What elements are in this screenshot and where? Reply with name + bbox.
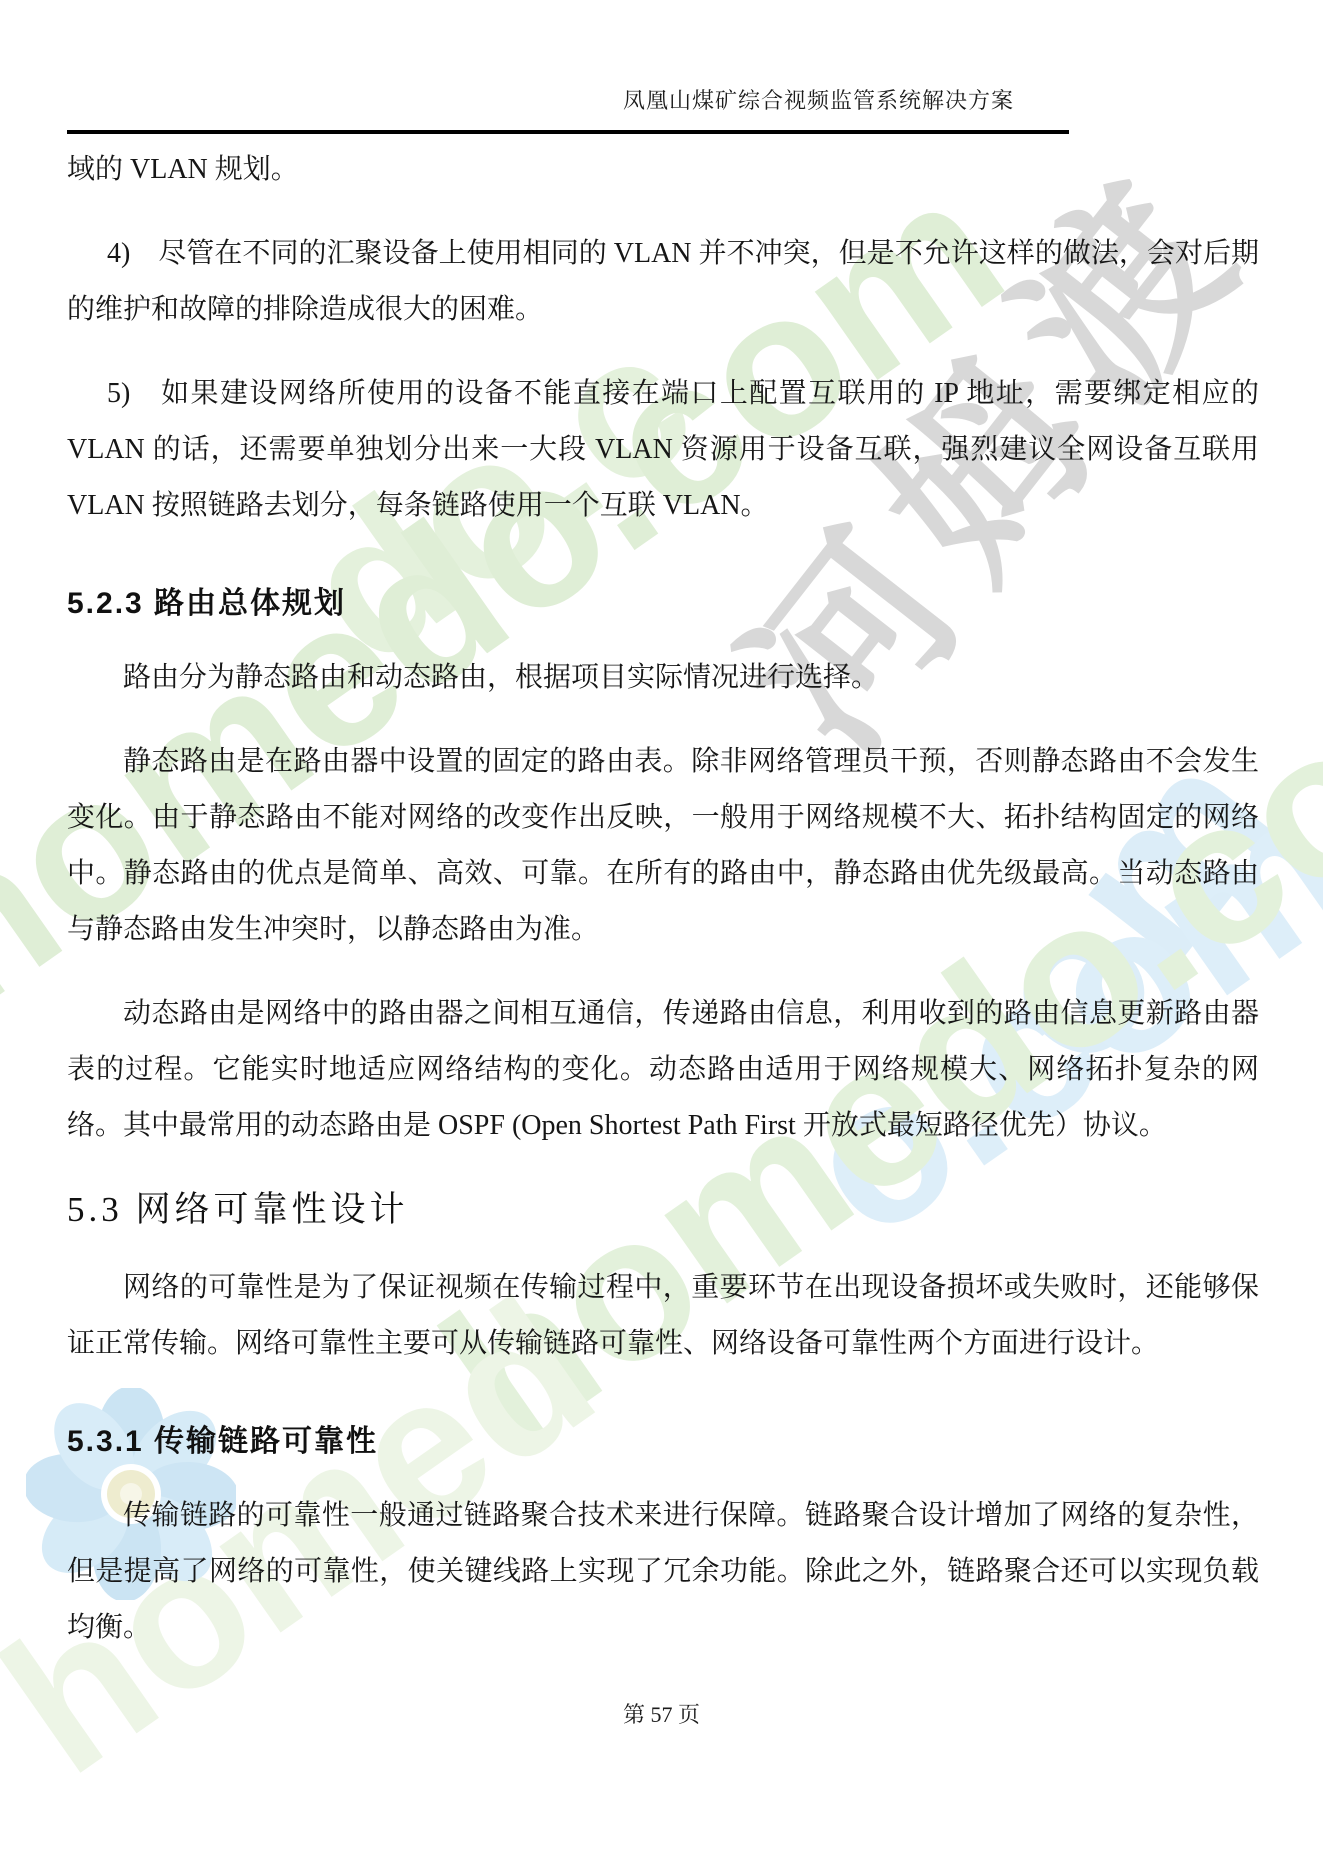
page-footer: 第 57 页 [0, 1698, 1323, 1729]
section-heading-5-2-3: 5.2.3 路由总体规划 [67, 578, 1259, 622]
section-heading-5-3-1: 5.3.1 传输链路可靠性 [67, 1416, 1259, 1460]
paragraph-dynamic-route: 动态路由是网络中的路由器之间相互通信，传递路由信息，利用收到的路由信息更新路由器… [67, 986, 1259, 1154]
header-rule: 凤凰山煤矿综合视频监管系统解决方案 [67, 84, 1069, 134]
section-heading-5-3: 5.3 网络可靠性设计 [67, 1182, 1259, 1232]
list-item-5: 5) 如果建设网络所使用的设备不能直接在端口上配置互联用的 IP 地址，需要绑定… [67, 366, 1259, 534]
paragraph-route-types: 路由分为静态路由和动态路由，根据项目实际情况进行选择。 [67, 650, 1259, 706]
page-number: 第 57 页 [623, 1702, 700, 1727]
paragraph-link-aggregation: 传输链路的可靠性一般通过链路聚合技术来进行保障。链路聚合设计增加了网络的复杂性，… [67, 1488, 1259, 1656]
document-page: 凤凰山煤矿综合视频监管系统解决方案 域的 VLAN 规划。 4) 尽管在不同的汇… [0, 0, 1323, 1656]
page-header: 凤凰山煤矿综合视频监管系统解决方案 [67, 0, 1259, 134]
paragraph-static-route: 静态路由是在路由器中设置的固定的路由表。除非网络管理员干预，否则静态路由不会发生… [67, 734, 1259, 958]
header-title: 凤凰山煤矿综合视频监管系统解决方案 [623, 88, 1069, 113]
list-item-4: 4) 尽管在不同的汇聚设备上使用相同的 VLAN 并不冲突，但是不允许这样的做法… [67, 226, 1259, 338]
paragraph-vlan-planning-continuation: 域的 VLAN 规划。 [67, 142, 1259, 198]
paragraph-network-reliability: 网络的可靠性是为了保证视频在传输过程中，重要环节在出现设备损坏或失败时，还能够保… [67, 1260, 1259, 1372]
